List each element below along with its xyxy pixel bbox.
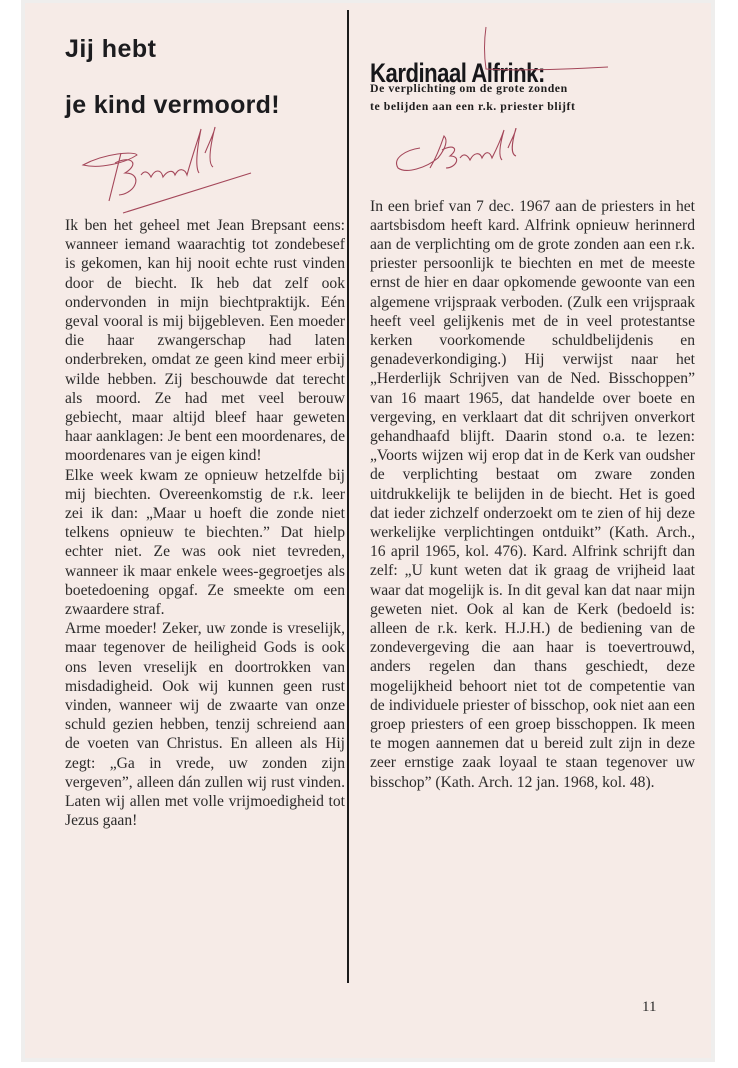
left-article-body: Ik ben het geheel met Jean Brepsant eens… <box>65 216 345 831</box>
left-paragraph-3: Arme moeder! Zeker, uw zonde is vreselij… <box>65 619 345 830</box>
handwritten-bracket-mark <box>482 25 612 75</box>
right-article-body: In een brief van 7 dec. 1967 aan de prie… <box>370 181 695 807</box>
right-subtitle-line2: te belijden aan een r.k. priester blijft <box>370 97 576 115</box>
left-headline-line1: Jij hebt <box>65 35 157 64</box>
left-paragraph-2: Elke week kwam ze opnieuw hetzelfde bij … <box>65 466 345 620</box>
left-headline-line2: je kind vermoord! <box>65 91 280 120</box>
magazine-page: Jij hebt je kind vermoord! Ik ben het ge… <box>25 3 711 1058</box>
handwritten-signature-right <box>390 128 520 178</box>
page-number: 11 <box>642 999 656 1016</box>
right-paragraph-1: In een brief van 7 dec. 1967 aan de prie… <box>370 197 695 792</box>
right-subtitle-line1: De verplichting om de grote zonden <box>370 79 576 97</box>
right-subtitle: De verplichting om de grote zonden te be… <box>370 79 576 115</box>
handwritten-signature-left <box>75 123 255 218</box>
column-divider <box>347 10 349 983</box>
left-paragraph-1: Ik ben het geheel met Jean Brepsant eens… <box>65 216 345 466</box>
